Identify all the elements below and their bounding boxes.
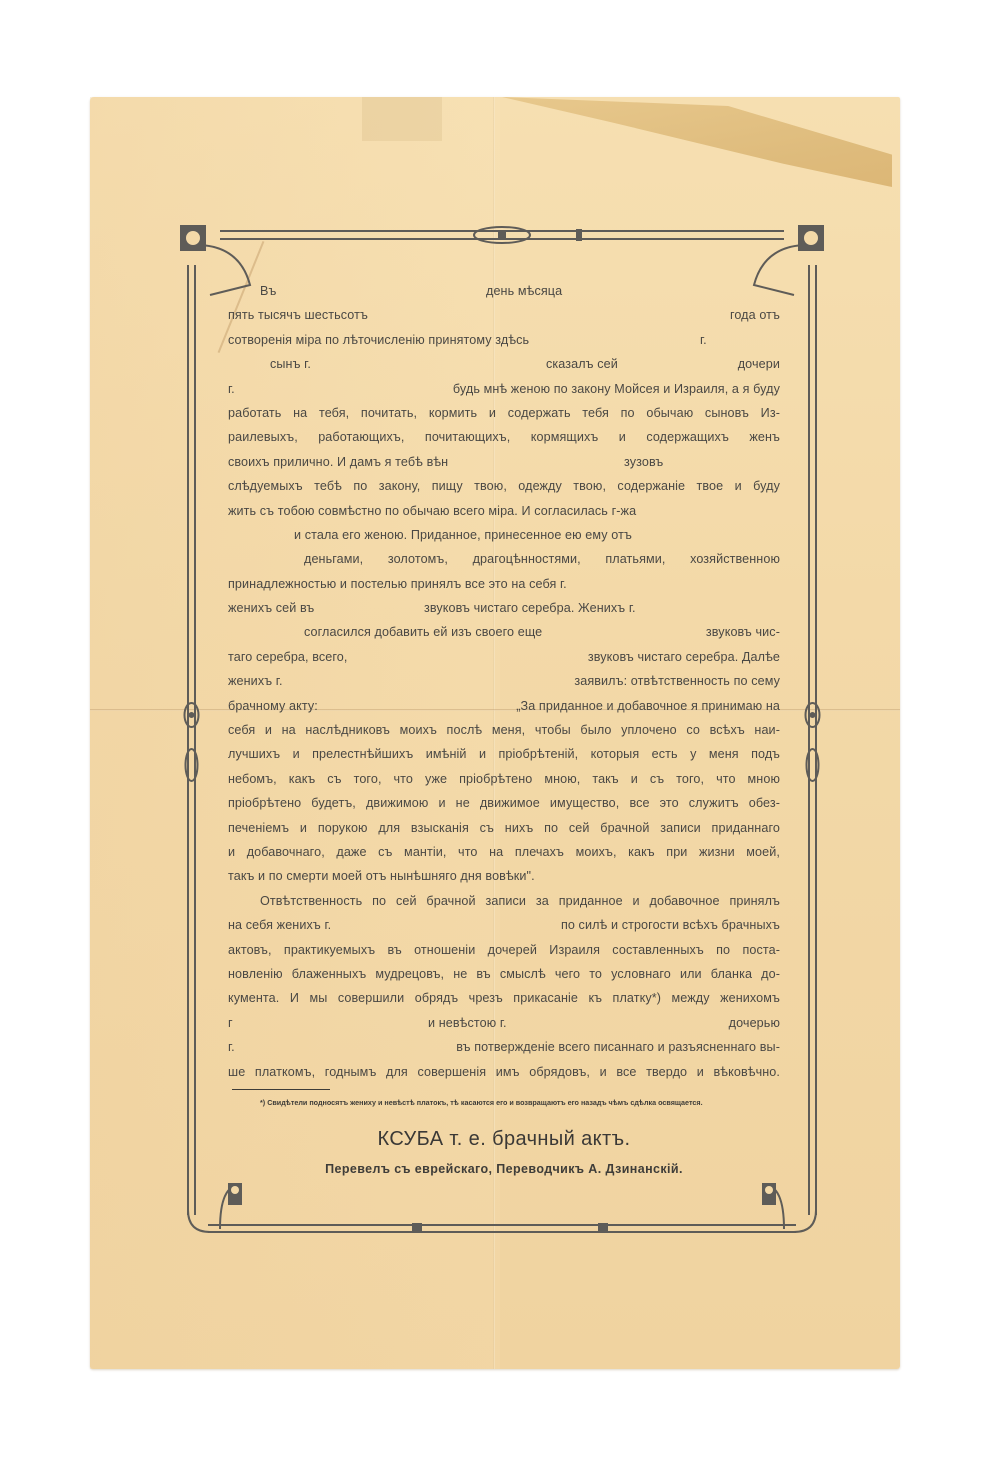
text-line: такъ и по смерти моей отъ нынѣшняго дня … [228,867,780,891]
text-segment: дочерью [729,1014,780,1032]
text-line: брачному акту: „За приданное и добавочно… [228,697,780,721]
text-line: ше платкомъ, годнымъ для совершенія имъ … [228,1063,780,1087]
text-line: жить съ тобою совмѣстно по обычаю всего … [228,502,780,526]
text-segment: заявилъ: отвѣтственность по сему [574,672,780,690]
text-segment: зузовъ [624,453,663,471]
text-segment: звуковъ чис- [706,623,780,641]
footnote: *) Свидѣтели подносятъ жениху и невѣстѣ … [232,1097,780,1108]
text-segment: г. [228,380,235,398]
text-line: раилевыхъ, работающихъ, почитающихъ, кор… [228,428,780,452]
folded-corner [502,97,892,187]
text-line: небомъ, какъ съ того, что уже пріобрѣтен… [228,770,780,794]
text-segment: сынъ г. [270,355,311,373]
tape-stain [362,97,442,141]
text-line: женихъ сей въ звуковъ чистаго серебра. Ж… [228,599,780,623]
text-segment: будь мнѣ женою по закону Мойсея и Израил… [453,380,780,398]
text-segment: согласился добавить ей изъ своего еще [304,623,542,641]
text-line: новленію блаженныхъ мудрецовъ, не въ смы… [228,965,780,989]
text-line: г и невѣстою г. дочерью [228,1014,780,1038]
text-segment: и стала его женою. Приданное, принесенно… [294,526,632,544]
text-segment: такъ и по смерти моей отъ нынѣшняго дня … [228,867,535,885]
text-segment: г. [228,1038,235,1056]
text-line: актовъ, практикуемыхъ въ отношеніи дочер… [228,941,780,965]
text-segment: звуковъ чистаго серебра. Далѣе [588,648,780,666]
text-line: деньгами, золотомъ, драгоцѣнностями, пла… [228,550,780,574]
text-segment: по силѣ и строгости всѣхъ брачныхъ [561,916,780,934]
text-line: печеніемъ и порукою для взысканія съ них… [228,819,780,843]
text-segment: день мѣсяца [486,282,562,300]
text-segment: Въ [260,282,276,300]
text-line: на себя женихъ г. по силѣ и строгости вс… [228,916,780,940]
text-line: принадлежностью и постелью принялъ все э… [228,575,780,599]
text-line: г. будь мнѣ женою по закону Мойсея и Изр… [228,380,780,404]
text-segment: г. [700,331,707,349]
text-line: сынъ г. сказалъ сей дочери [228,355,780,379]
text-segment: сотворенія міра по лѣточисленію принятом… [228,331,529,349]
text-line: и стала его женою. Приданное, принесенно… [228,526,780,550]
text-segment: года отъ [730,306,780,324]
text-line: пять тысячъ шестьсотъ года отъ [228,306,780,330]
text-segment: въ потвержденіе всего писаннаго и разъяс… [456,1038,780,1056]
text-segment: на себя женихъ г. [228,916,331,934]
text-segment: сказалъ сей [546,355,618,373]
text-line: и добавочнаго, даже съ мантіи, что на пл… [228,843,780,867]
footnote-divider [232,1089,330,1090]
text-segment: дочери [738,355,780,373]
text-segment: пять тысячъ шестьсотъ [228,306,368,324]
text-line: своихъ прилично. И дамъ я тебѣ вѣн зузов… [228,453,780,477]
text-segment: жить съ тобою совмѣстно по обычаю всего … [228,502,636,520]
text-line: женихъ г. заявилъ: отвѣтственность по се… [228,672,780,696]
text-line: лучшихъ и прелестнѣйшихъ имѣній и пріобр… [228,745,780,769]
translator-credit: Перевелъ съ еврейскаго, Переводчикъ А. Д… [228,1162,780,1176]
text-line: сотворенія міра по лѣточисленію принятом… [228,331,780,355]
text-segment: и невѣстою г. [428,1014,507,1032]
text-segment: „За приданное и добавочное я принимаю на [516,697,780,715]
text-line: Въ день мѣсяца [228,282,780,306]
contract-body: Въ день мѣсяца пять тысячъ шестьсотъ год… [228,282,780,1087]
text-segment: женихъ г. [228,672,283,690]
text-line: согласился добавить ей изъ своего еще зв… [228,623,780,647]
text-line: себя и на наслѣдниковъ моихъ послѣ меня,… [228,721,780,745]
text-segment: женихъ сей въ [228,599,314,617]
text-segment: г [228,1014,233,1032]
text-line: таго серебра, всего, звуковъ чистаго сер… [228,648,780,672]
text-segment: своихъ прилично. И дамъ я тебѣ вѣн [228,453,448,471]
text-segment: таго серебра, всего, [228,648,348,666]
text-segment: принадлежностью и постелью принялъ все э… [228,575,567,593]
text-line: пріобрѣтено будетъ, движимою и не движим… [228,794,780,818]
text-line: г. въ потвержденіе всего писаннаго и раз… [228,1038,780,1062]
paragraph-start-line: Отвѣтственность по сей брачной записи за… [228,892,780,916]
text-segment: звуковъ чистаго серебра. Женихъ г. [424,599,636,617]
document-title: КСУБА т. е. брачный актъ. [228,1128,780,1151]
text-segment: деньгами, золотомъ, драгоцѣнностями, пла… [304,550,780,568]
text-segment: брачному акту: [228,697,318,715]
text-line: слѣдуемыхъ тебѣ по закону, пищу твою, од… [228,477,780,501]
text-line: работать на тебя, почитать, кормить и со… [228,404,780,428]
text-line: кумента. И мы совершили обрядъ чрезъ при… [228,989,780,1013]
